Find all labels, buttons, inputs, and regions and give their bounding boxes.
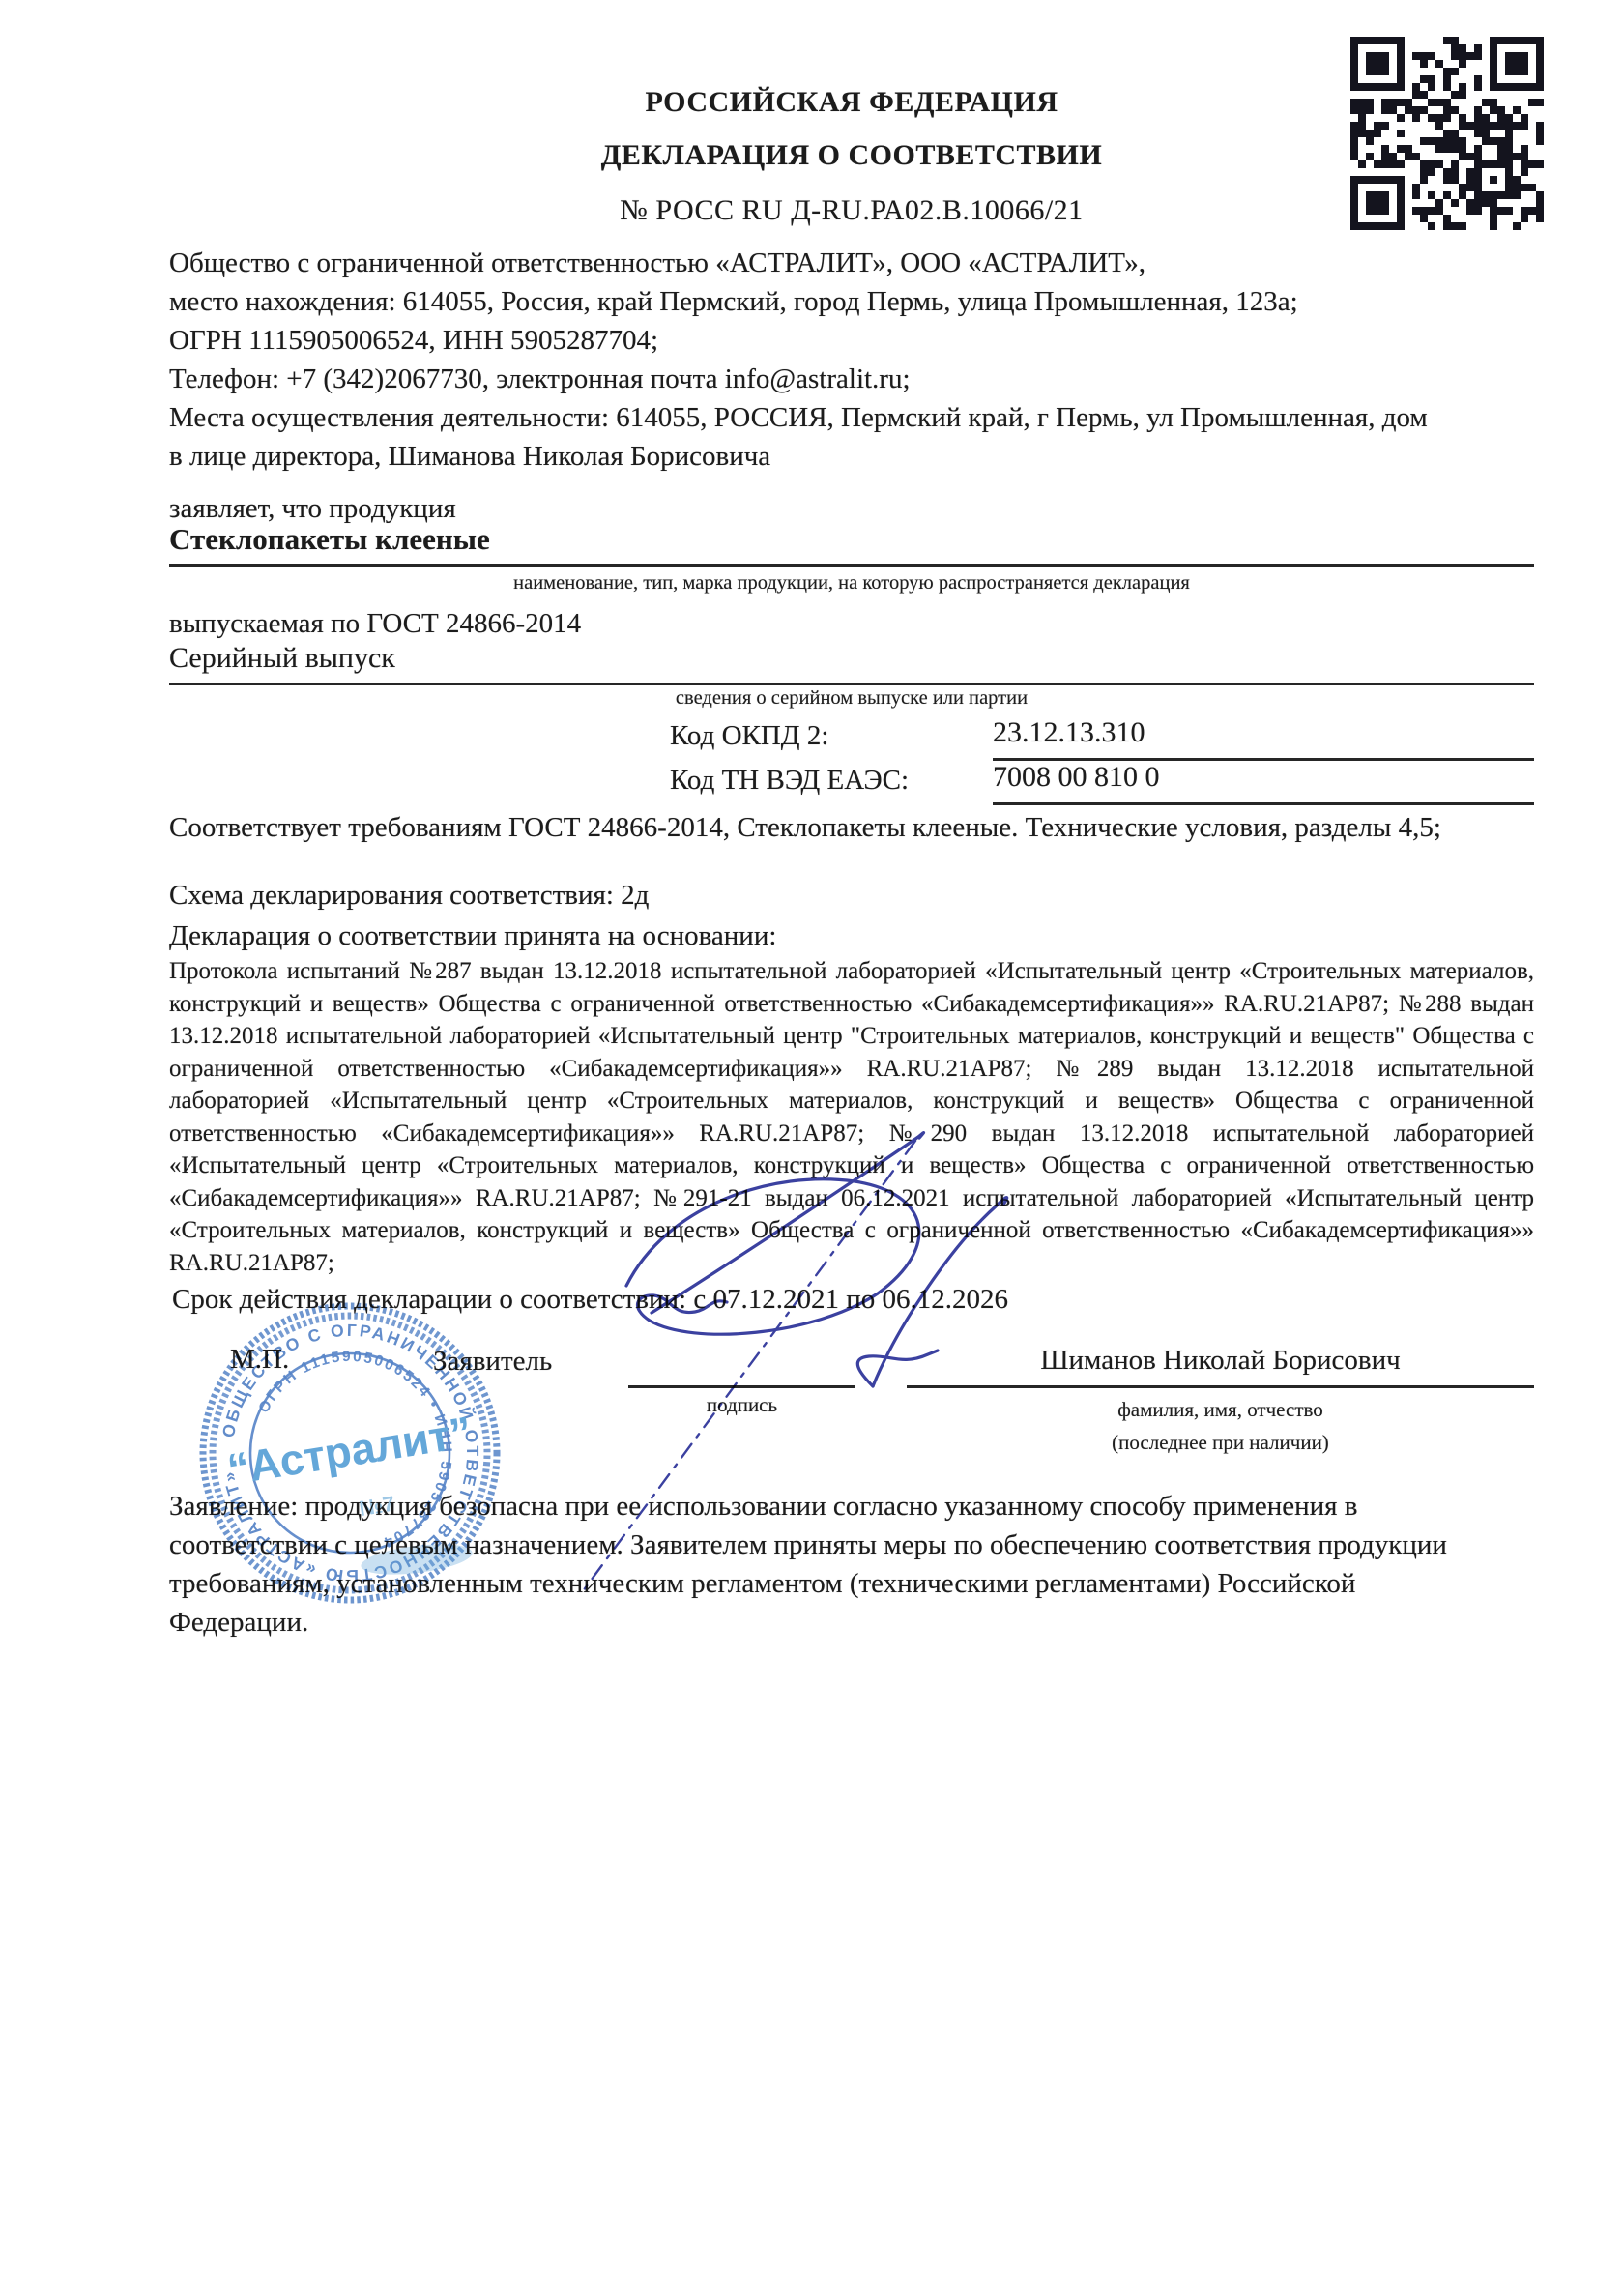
- serial-caption: сведения о серийном выпуске или партии: [169, 687, 1534, 710]
- signature-cross-stroke: [652, 1133, 924, 1313]
- compliance-statement: Соответствует требованиям ГОСТ 24866-201…: [169, 810, 1561, 845]
- declaration-document: РОССИЙСКАЯ ФЕДЕРАЦИЯ ДЕКЛАРАЦИЯ О СООТВЕ…: [0, 0, 1624, 2296]
- product-standard: выпускаемая по ГОСТ 24866-2014: [169, 606, 581, 641]
- handwritten-signature: [503, 1034, 1092, 1634]
- signature-tail: [580, 1141, 915, 1595]
- country-title: РОССИЙСКАЯ ФЕДЕРАЦИЯ: [169, 87, 1534, 118]
- tnved-code-label: Код ТН ВЭД ЕАЭС:: [670, 763, 909, 798]
- tnved-code-value: 7008 00 810 0: [993, 761, 1534, 805]
- basis-heading: Декларация о соответствии принята на осн…: [169, 918, 776, 953]
- declaration-number: № РОСС RU Д-RU.РА02.В.10066/21: [169, 194, 1534, 227]
- product-name-caption: наименование, тип, марка продукции, на к…: [169, 572, 1534, 595]
- document-header: РОССИЙСКАЯ ФЕДЕРАЦИЯ ДЕКЛАРАЦИЯ О СООТВЕ…: [169, 87, 1534, 227]
- signature-loop: [626, 1179, 919, 1334]
- qr-code: [1350, 37, 1544, 230]
- stamp-number-text: №7: [358, 1492, 396, 1521]
- okpd-code-value: 23.12.13.310: [993, 716, 1534, 761]
- okpd-code-label: Код ОКПД 2:: [670, 718, 828, 753]
- declaration-scheme: Схема декларирования соответствия: 2д: [169, 878, 649, 913]
- document-title: ДЕКЛАРАЦИЯ О СООТВЕТСТВИИ: [169, 140, 1534, 171]
- signature-flourish-base: [857, 1351, 938, 1386]
- applicant-info: Общество с ограниченной ответственностью…: [169, 244, 1534, 476]
- serial-release: Серийный выпуск: [169, 641, 1534, 685]
- product-name: Стеклопакеты клееные: [169, 522, 1534, 567]
- declares-line: заявляет, что продукция: [169, 491, 456, 526]
- company-stamp: ОБЩЕСТВО С ОГРАНИЧЕННОЙ ОТВЕТСТВЕННОСТЬЮ…: [189, 1292, 510, 1613]
